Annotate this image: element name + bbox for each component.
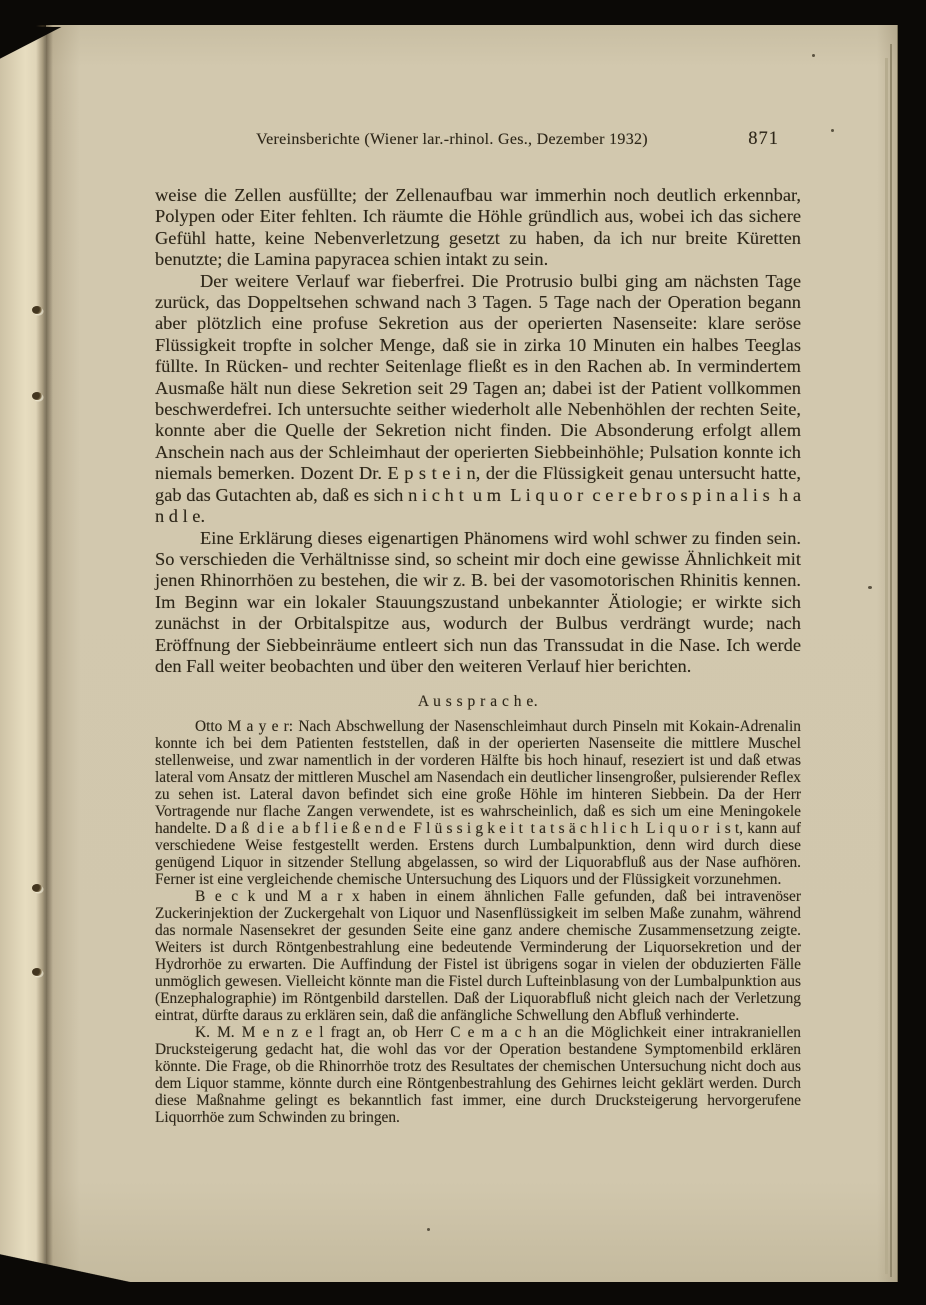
running-head-title: Vereinsberichte (Wiener lar.-rhinol. Ges…: [129, 131, 775, 149]
binding-crease: [36, 25, 53, 1282]
paragraph: Eine Erklärung dieses eigenartigen Phäno…: [155, 528, 801, 678]
discussion-paragraph: Otto M a y e r: Nach Abschwellung der Na…: [155, 718, 801, 888]
paper-speck: [427, 1228, 430, 1231]
scan-corner-shadow: [0, 27, 62, 59]
binding-stitch-hole: [32, 884, 42, 892]
paragraph: Der weitere Verlauf war fieberfrei. Die …: [155, 271, 801, 528]
page-stack-edge: [890, 44, 892, 1277]
paragraph-continuation: weise die Zellen ausfüllte; der Zellenau…: [155, 185, 801, 271]
paper-speck: [831, 129, 834, 132]
page-number: 871: [748, 129, 779, 150]
scan-corner-shadow: [0, 1252, 150, 1284]
report-text: weise die Zellen ausfüllte; der Zellenau…: [155, 185, 801, 1126]
section-heading: A u s s p r a c h e.: [155, 693, 801, 711]
discussion-paragraph: K. M. M e n z e l fragt an, ob Herr C e …: [155, 1024, 801, 1126]
running-head: Vereinsberichte (Wiener lar.-rhinol. Ges…: [155, 131, 801, 153]
scanned-book-page: Vereinsberichte (Wiener lar.-rhinol. Ges…: [0, 0, 926, 1305]
text-column: Vereinsberichte (Wiener lar.-rhinol. Ges…: [155, 131, 801, 1126]
binding-stitch-hole: [32, 392, 42, 400]
binding-stitch-hole: [32, 968, 42, 976]
page-stack-edge: [885, 58, 888, 1274]
binding-stitch-hole: [32, 306, 42, 314]
paper-speck: [868, 586, 872, 589]
discussion-paragraph: B e c k und M a r x haben in einem ähnli…: [155, 888, 801, 1024]
paper-speck: [812, 54, 815, 57]
